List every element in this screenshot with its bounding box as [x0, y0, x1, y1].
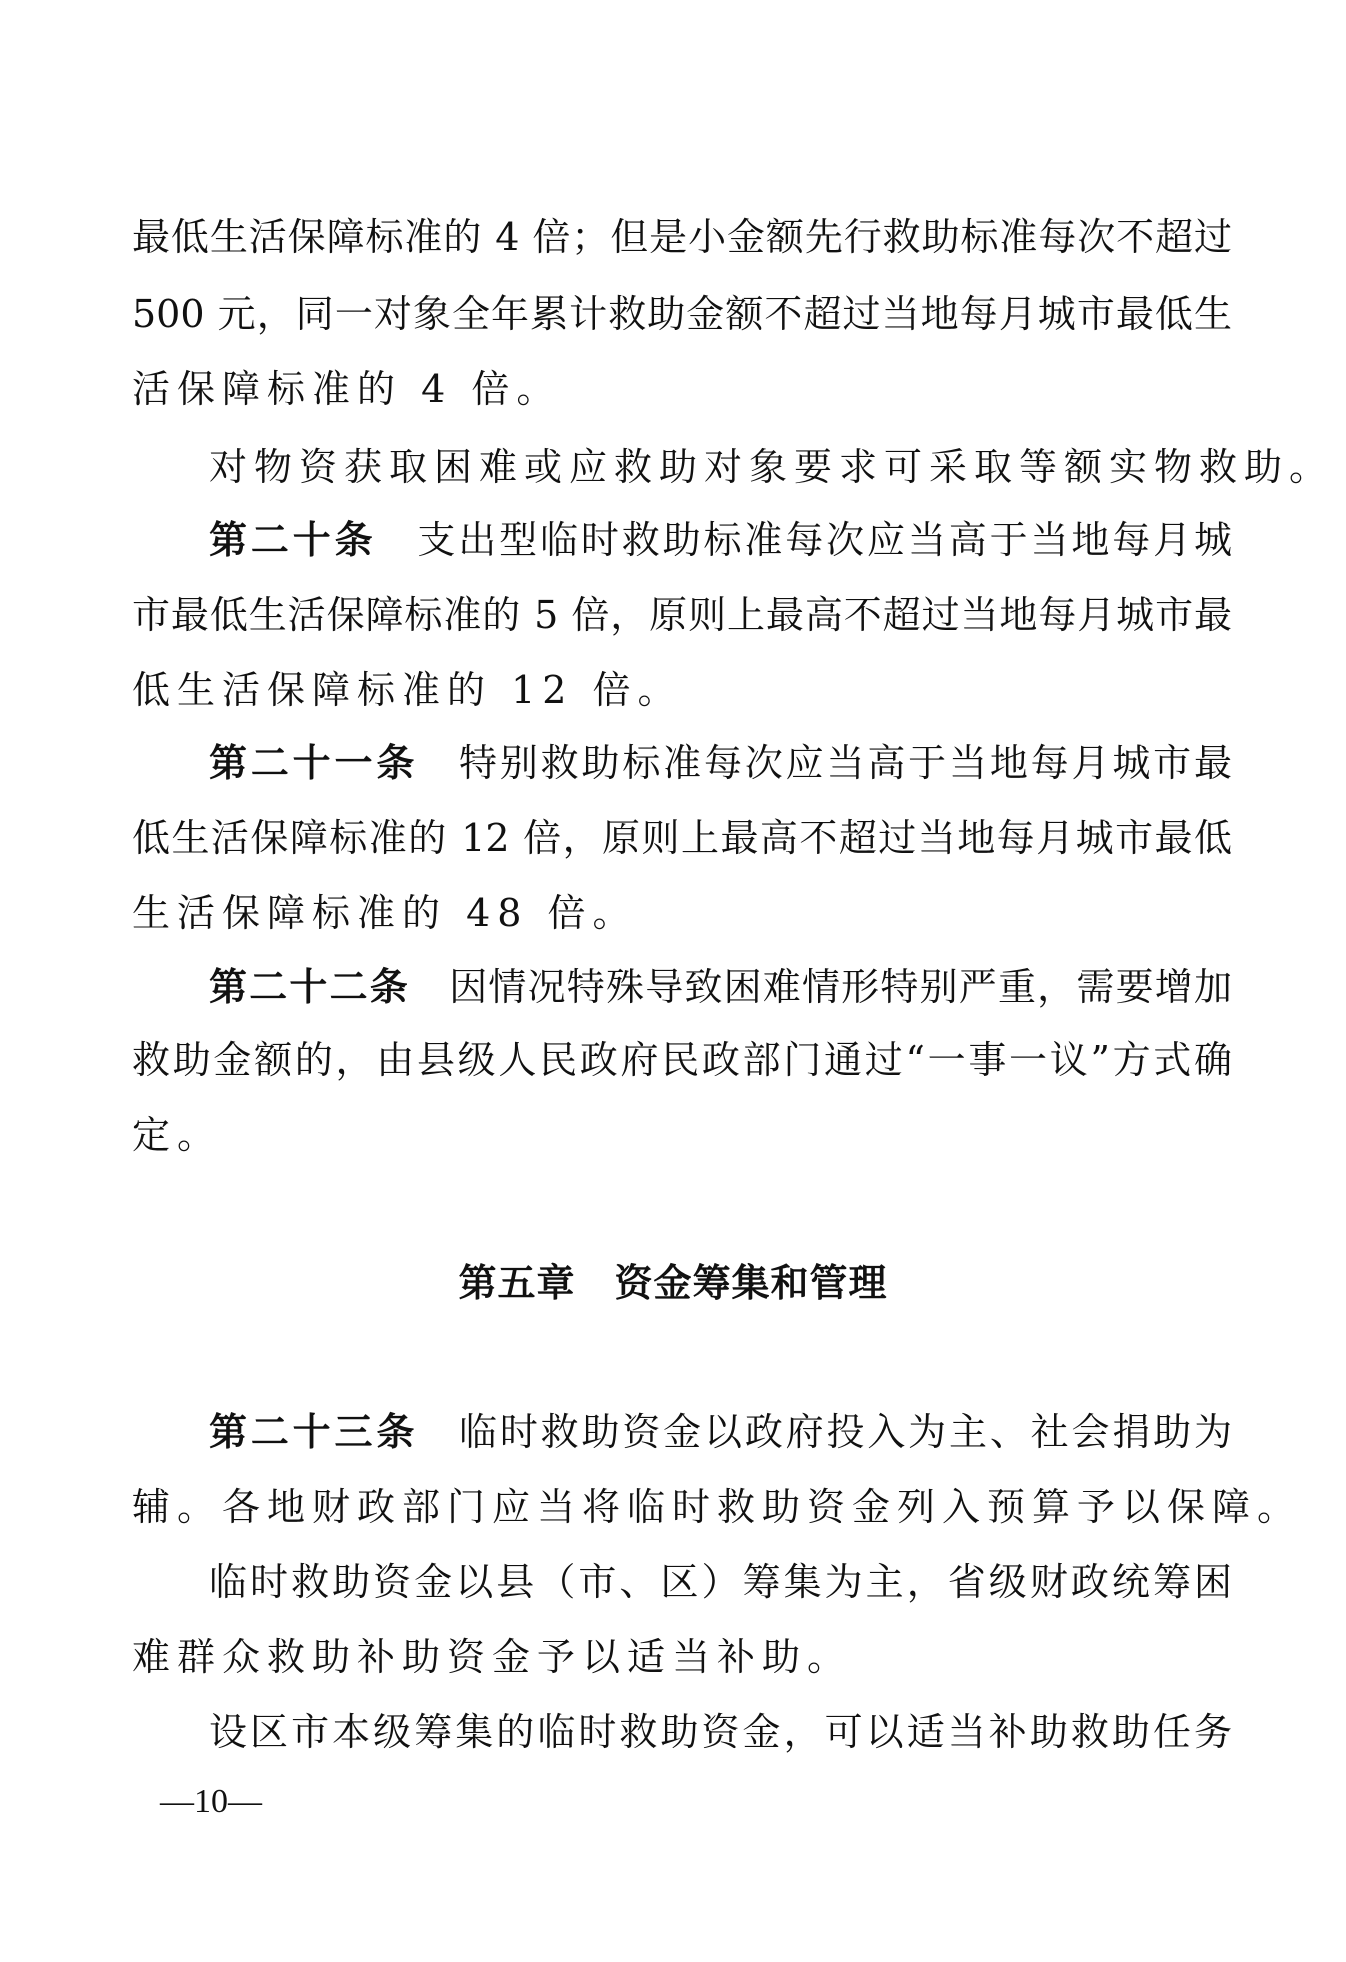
article-20-first-line: 第二十条支出型临时救助标准每次应当高于当地每月城 — [209, 515, 1232, 565]
text-line: 最低生活保障标准的 4 倍；但是小金额先行救助标准每次不超过 — [132, 212, 1232, 262]
article-text: 临时救助资金以政府投入为主、社会捐助为 — [456, 1410, 1232, 1454]
text-line: 救助金额的，由县级人民政府民政部门通过“一事一议”方式确 — [132, 1035, 1232, 1085]
article-label: 第二十三条 — [209, 1410, 418, 1454]
article-text: 因情况特殊导致困难情形特别严重，需要增加 — [448, 965, 1232, 1009]
article-21-first-line: 第二十一条特别救助标准每次应当高于当地每月城市最 — [209, 738, 1232, 788]
text-line: 定。 — [132, 1110, 1232, 1160]
text-line: 生活保障标准的 48 倍。 — [132, 888, 1232, 938]
article-label: 第二十二条 — [209, 965, 410, 1009]
text-line: 临时救助资金以县（市、区）筹集为主，省级财政统筹困 — [209, 1557, 1232, 1607]
page-number: —10— — [160, 1782, 262, 1822]
article-text: 特别救助标准每次应当高于当地每月城市最 — [456, 741, 1232, 785]
article-23-first-line: 第二十三条临时救助资金以政府投入为主、社会捐助为 — [209, 1407, 1232, 1457]
text-line: 500 元，同一对象全年累计救助金额不超过当地每月城市最低生 — [132, 289, 1232, 339]
article-text: 支出型临时救助标准每次应当高于当地每月城 — [415, 518, 1232, 562]
text-line: 活保障标准的 4 倍。 — [132, 364, 1232, 414]
article-label: 第二十一条 — [209, 741, 418, 785]
text-line: 辅。各地财政部门应当将临时救助资金列入预算予以保障。 — [132, 1482, 1232, 1532]
text-line: 难群众救助补助资金予以适当补助。 — [132, 1632, 1232, 1682]
text-line: 对物资获取困难或应救助对象要求可采取等额实物救助。 — [209, 442, 1232, 492]
text-line: 低生活保障标准的 12 倍，原则上最高不超过当地每月城市最低 — [132, 813, 1232, 863]
text-line: 设区市本级筹集的临时救助资金，可以适当补助救助任务 — [209, 1707, 1232, 1757]
chapter-title: 第五章 资金筹集和管理 — [0, 1258, 1346, 1308]
article-label: 第二十条 — [209, 518, 377, 562]
text-line: 市最低生活保障标准的 5 倍，原则上最高不超过当地每月城市最 — [132, 590, 1232, 640]
text-line: 低生活保障标准的 12 倍。 — [132, 665, 1232, 715]
article-22-first-line: 第二十二条因情况特殊导致困难情形特别严重，需要增加 — [209, 962, 1232, 1012]
